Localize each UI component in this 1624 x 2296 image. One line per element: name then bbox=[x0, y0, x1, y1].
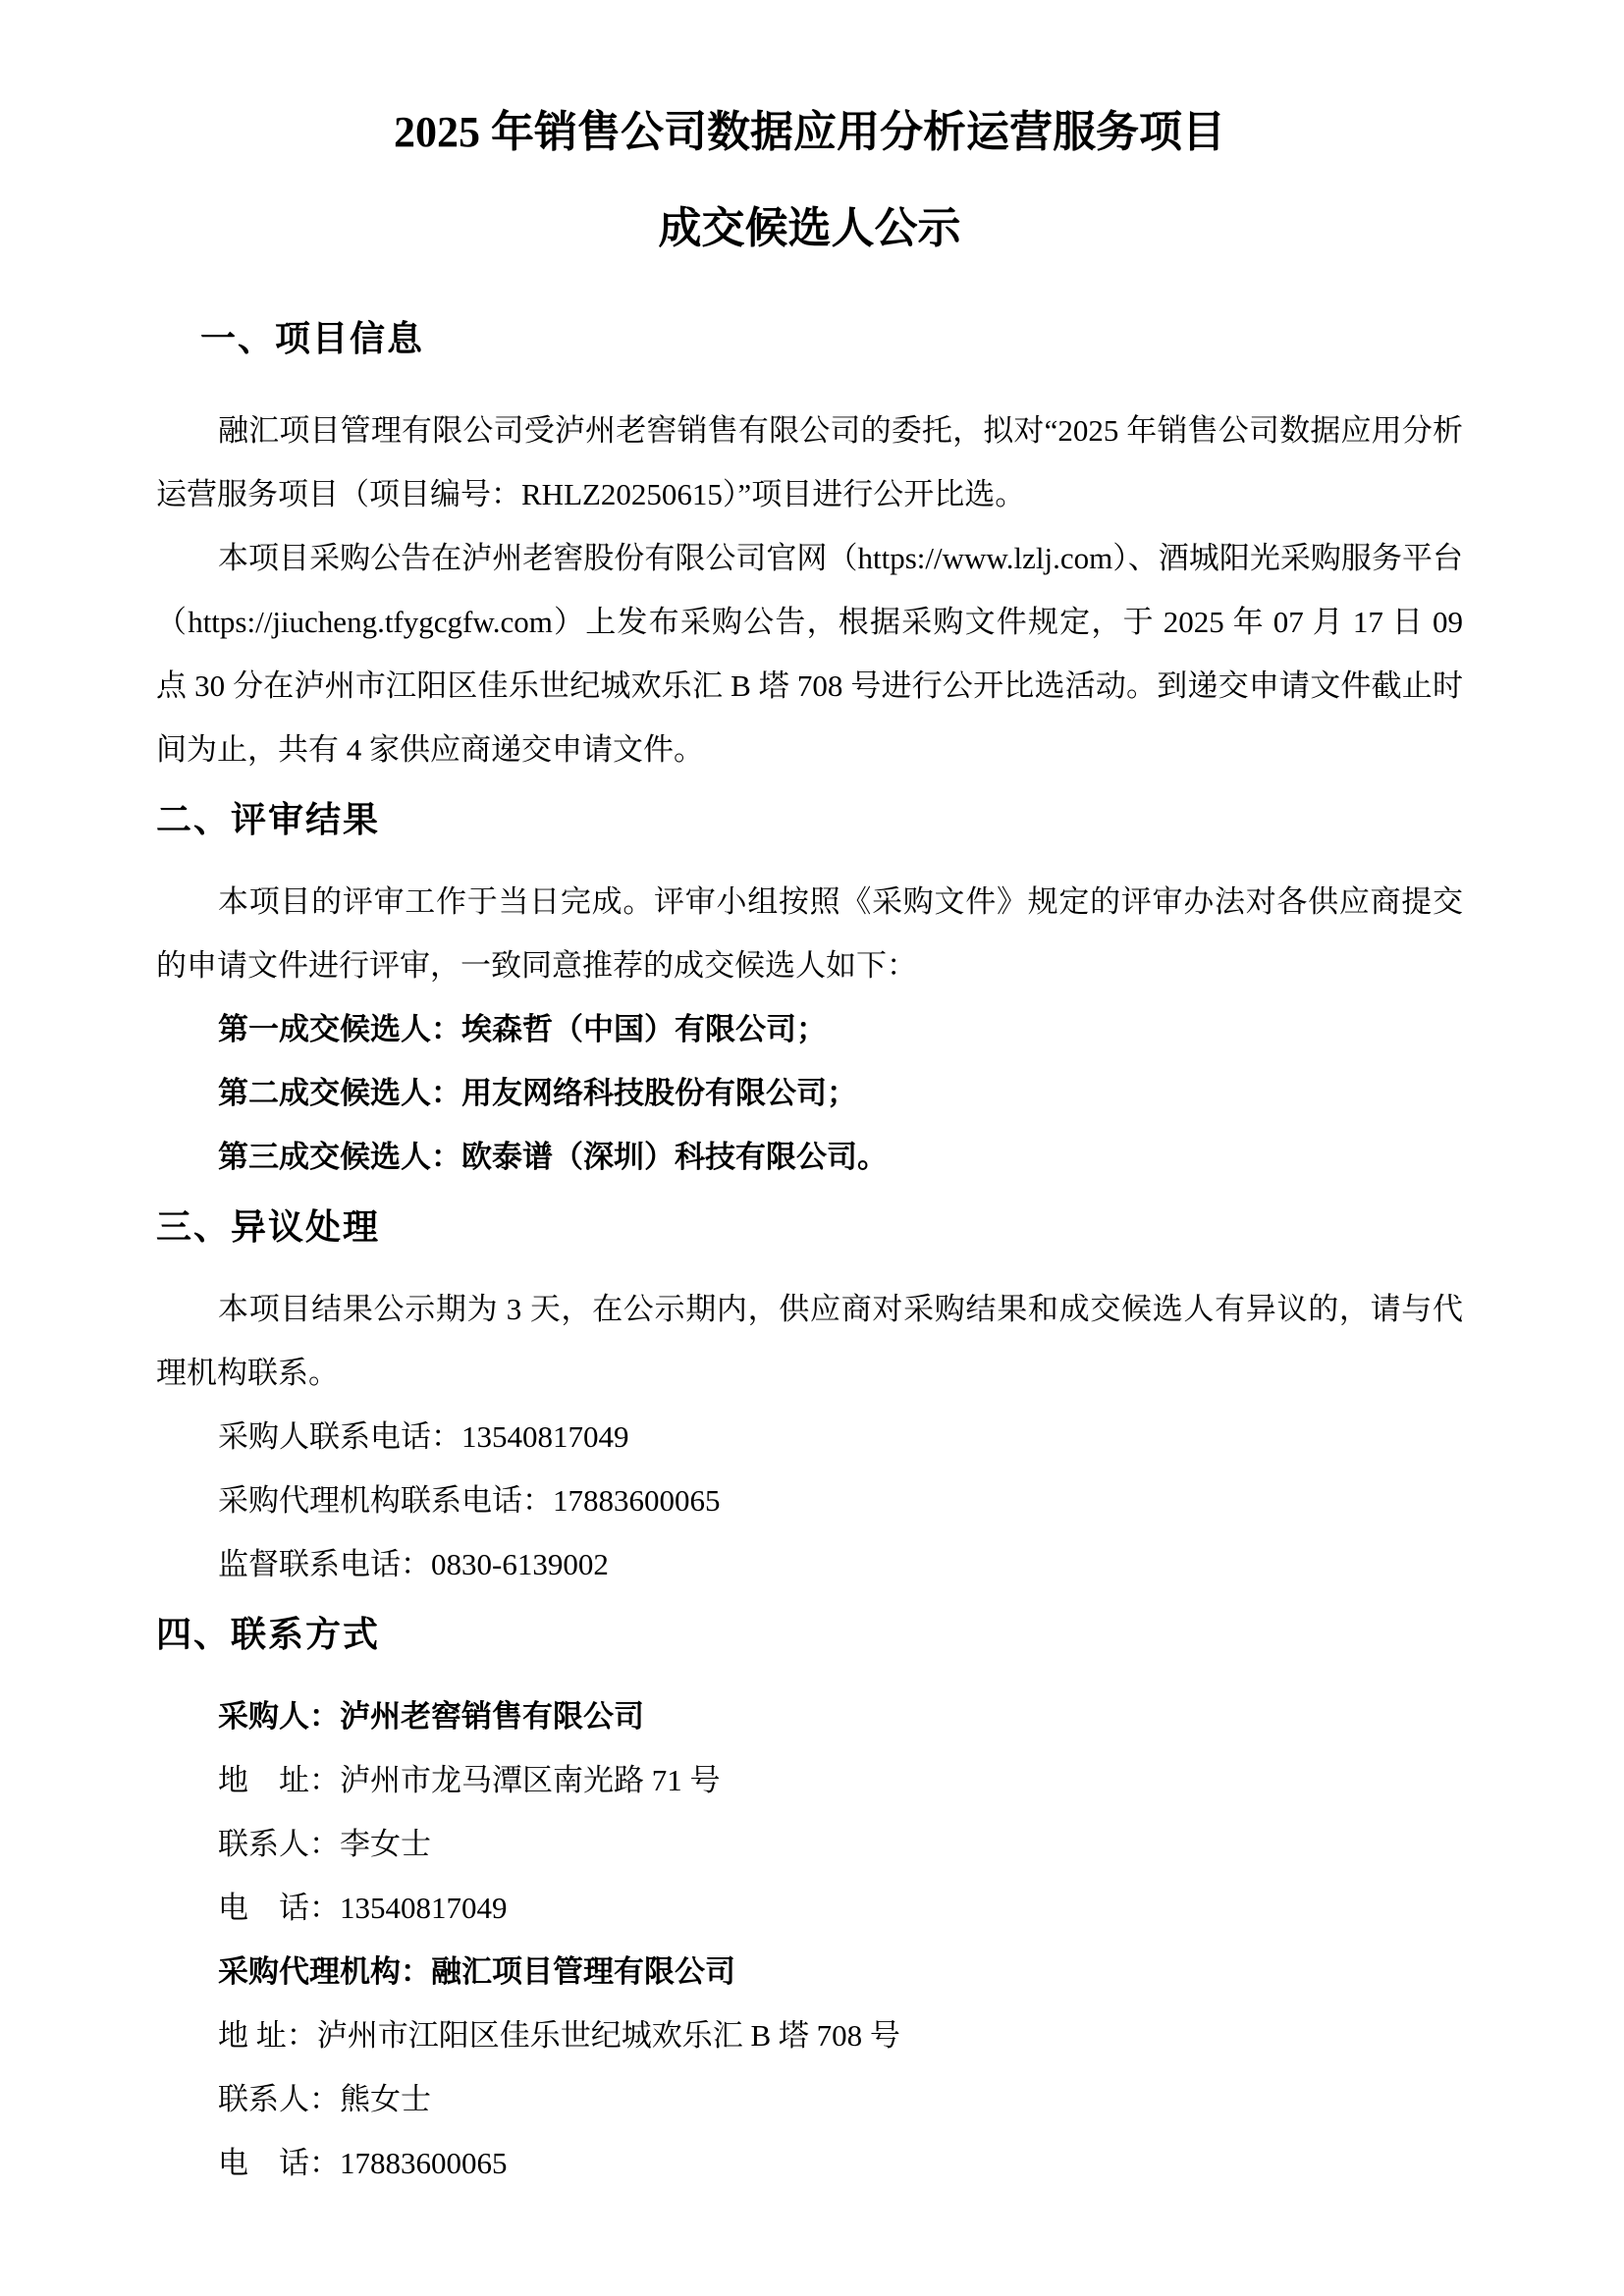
agency-phone-line: 采购代理机构联系电话：17883600065 bbox=[156, 1468, 1463, 1532]
contact-agency-phone: 电 话：17883600065 bbox=[156, 2131, 1463, 2195]
review-results-paragraph: 本项目的评审工作于当日完成。评审小组按照《采购文件》规定的评审办法对各供应商提交… bbox=[156, 870, 1463, 997]
document-title-line1: 2025 年销售公司数据应用分析运营服务项目 bbox=[156, 98, 1463, 167]
project-info-paragraph-2: 本项目采购公告在泸州老窖股份有限公司官网（https://www.lzlj.co… bbox=[156, 526, 1463, 781]
contact-purchaser-address: 地 址：泸州市龙马潭区南光路 71 号 bbox=[156, 1748, 1463, 1812]
document-page: 2025 年销售公司数据应用分析运营服务项目 成交候选人公示 一、项目信息 融汇… bbox=[0, 0, 1624, 2296]
document-title-line2: 成交候选人公示 bbox=[156, 194, 1463, 263]
contact-purchaser-person: 联系人：李女士 bbox=[156, 1812, 1463, 1876]
contact-agency-address: 地 址：泸州市江阳区佳乐世纪城欢乐汇 B 塔 708 号 bbox=[156, 2003, 1463, 2067]
candidate-second: 第二成交候选人：用友网络科技股份有限公司； bbox=[156, 1061, 1463, 1125]
contact-purchaser-name: 采购人：泸州老窖销售有限公司 bbox=[156, 1684, 1463, 1748]
contact-purchaser-phone: 电 话：13540817049 bbox=[156, 1876, 1463, 1940]
supervision-phone-line: 监督联系电话：0830-6139002 bbox=[156, 1532, 1463, 1596]
purchaser-phone-line: 采购人联系电话：13540817049 bbox=[156, 1405, 1463, 1468]
project-info-paragraph-1: 融汇项目管理有限公司受泸州老窖销售有限公司的委托，拟对“2025 年销售公司数据… bbox=[156, 399, 1463, 526]
candidate-first: 第一成交候选人：埃森哲（中国）有限公司； bbox=[156, 997, 1463, 1061]
section-heading-objection-handling: 三、异议处理 bbox=[156, 1193, 1463, 1261]
objection-paragraph: 本项目结果公示期为 3 天，在公示期内，供应商对采购结果和成交候选人有异议的，请… bbox=[156, 1277, 1463, 1405]
section-heading-contact-info: 四、联系方式 bbox=[156, 1600, 1463, 1669]
candidate-third: 第三成交候选人：欧泰谱（深圳）科技有限公司。 bbox=[156, 1125, 1463, 1189]
contact-agency-person: 联系人：熊女士 bbox=[156, 2067, 1463, 2131]
contact-agency-name: 采购代理机构：融汇项目管理有限公司 bbox=[156, 1940, 1463, 2003]
section-heading-project-info: 一、项目信息 bbox=[200, 304, 1463, 373]
section-heading-review-results: 二、评审结果 bbox=[156, 785, 1463, 854]
